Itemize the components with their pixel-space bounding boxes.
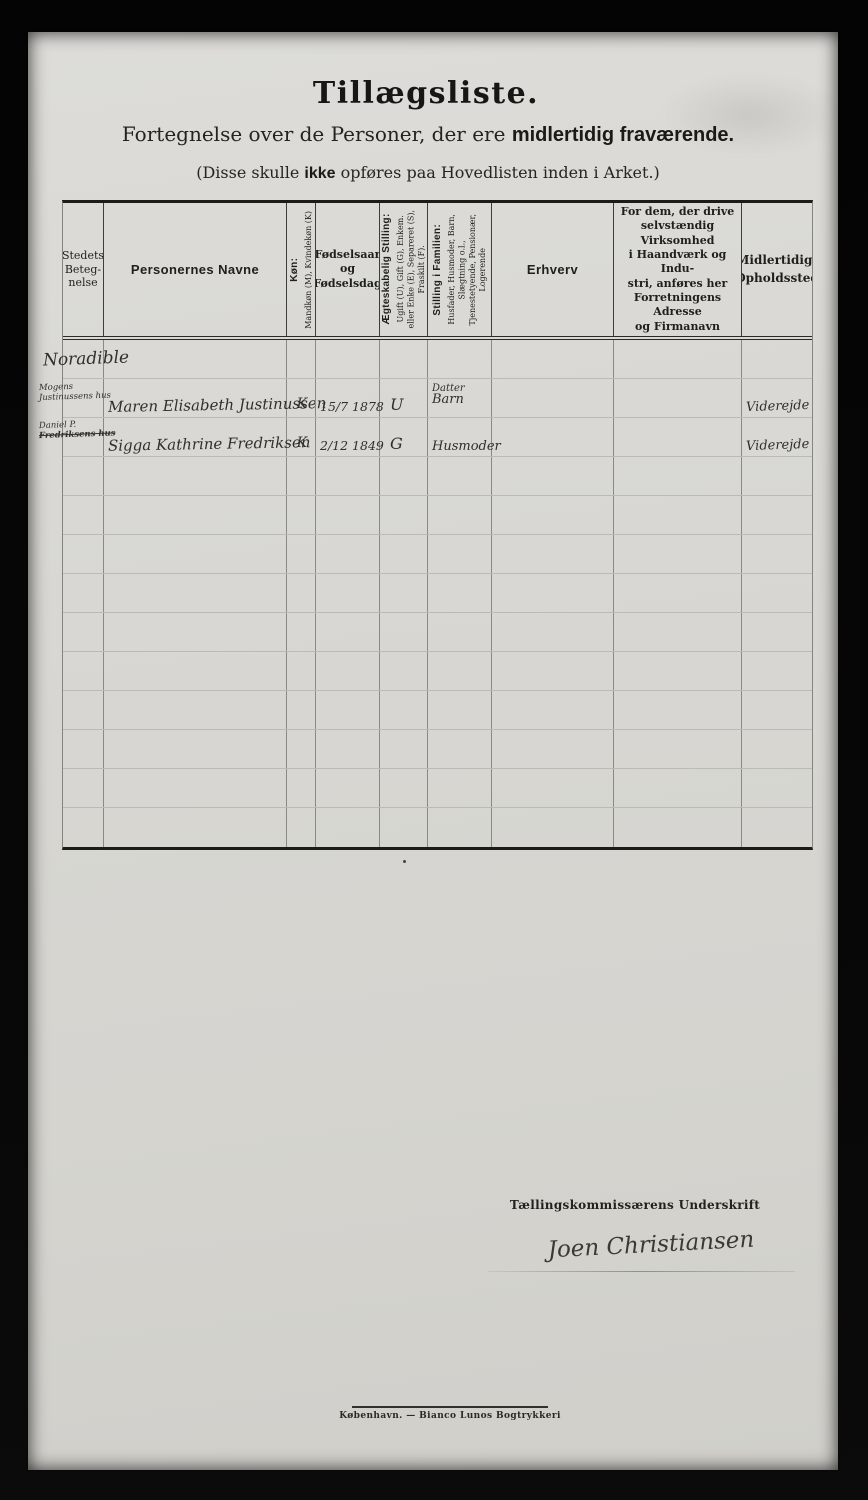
- cell-navn: [104, 808, 287, 847]
- col-header-midlertidigt-opholdssted: Midlertidigt Opholdssted: [742, 203, 812, 336]
- table-row-person-1: Mogens Justinussens hus Maren Elisabeth …: [63, 379, 812, 418]
- cell-navn: [104, 340, 287, 378]
- cell-erhverv: [492, 340, 614, 378]
- cell-kon: [287, 340, 316, 378]
- cell-kon: [287, 574, 316, 612]
- cell-stilling: [428, 457, 492, 495]
- cell-navn: [104, 496, 287, 534]
- cell-navn: [104, 652, 287, 690]
- cell-stilling: [428, 535, 492, 573]
- supplement-table: Stedets Beteg- nelse Personernes Navne K…: [62, 200, 813, 850]
- cell-virksomhed: [614, 574, 742, 612]
- cell-fodsel: [316, 808, 380, 847]
- cell-aegteskab: [380, 769, 428, 807]
- cell-erhverv: [492, 379, 614, 417]
- handwritten-position: Barn: [432, 393, 489, 406]
- cell-aegteskab: [380, 496, 428, 534]
- cell-sted: [63, 808, 104, 847]
- cell-fodsel: [316, 496, 380, 534]
- cell-stilling: Husmoder: [428, 418, 492, 456]
- cell-erhverv: [492, 535, 614, 573]
- col-header-stedets-betegnelse: Stedets Beteg- nelse: [63, 203, 104, 336]
- cell-fodsel: 15/7 1878: [316, 379, 380, 417]
- cell-aegteskab: [380, 457, 428, 495]
- cell-stilling: [428, 730, 492, 768]
- cell-kon: [287, 691, 316, 729]
- cell-navn: [104, 574, 287, 612]
- cell-navn: [104, 535, 287, 573]
- handwritten-whereabouts: Viderejde: [746, 437, 810, 454]
- cell-ophold: [742, 340, 812, 378]
- table-row-person-2: Daniel P. Fredriksens hus Sigga Kathrine…: [63, 418, 812, 457]
- cell-kon: [287, 652, 316, 690]
- cell-aegteskab: U: [380, 379, 428, 417]
- cell-sted: [63, 457, 104, 495]
- cell-navn: [104, 691, 287, 729]
- table-empty-row: [63, 496, 812, 535]
- subtitle-plain: Fortegnelse over de Personer, der ere: [122, 122, 512, 146]
- cell-fodsel: [316, 613, 380, 651]
- cell-erhverv: [492, 808, 614, 847]
- cell-ophold: [742, 496, 812, 534]
- cell-sted: Daniel P. Fredriksens hus: [63, 418, 104, 456]
- cell-virksomhed: [614, 613, 742, 651]
- cell-aegteskab: [380, 613, 428, 651]
- cell-stilling: [428, 808, 492, 847]
- table-empty-row: [63, 730, 812, 769]
- cell-fodsel: [316, 730, 380, 768]
- cell-erhverv: [492, 496, 614, 534]
- cell-ophold: [742, 457, 812, 495]
- cell-kon: [287, 613, 316, 651]
- subtitle-bold: midlertidig fraværende.: [512, 124, 734, 146]
- table-empty-row: [63, 808, 812, 847]
- cell-aegteskab: [380, 535, 428, 573]
- col-header-personernes-navne: Personernes Navne: [104, 203, 287, 336]
- cell-virksomhed: [614, 535, 742, 573]
- cell-aegteskab: G: [380, 418, 428, 456]
- cell-stilling: [428, 652, 492, 690]
- cell-erhverv: [492, 730, 614, 768]
- cell-fodsel: [316, 457, 380, 495]
- cell-ophold: [742, 535, 812, 573]
- table-empty-row: [63, 535, 812, 574]
- signature-line: [488, 1271, 795, 1272]
- cell-erhverv: [492, 418, 614, 456]
- printer-imprint: København. — Bianco Lunos Bogtrykkeri: [300, 1411, 600, 1421]
- col-header-stilling-i-familien: Stilling i Familien:Husfader, Husmoder, …: [428, 203, 492, 336]
- cell-sted: Mogens Justinussens hus: [63, 379, 104, 417]
- cell-sted: Noradible: [63, 340, 104, 378]
- cell-ophold: [742, 574, 812, 612]
- table-empty-row: [63, 769, 812, 808]
- cell-kon: [287, 457, 316, 495]
- cell-ophold: [742, 769, 812, 807]
- cell-stilling: [428, 574, 492, 612]
- table-empty-row: [63, 613, 812, 652]
- printer-rule: [352, 1406, 548, 1408]
- cell-sted: [63, 496, 104, 534]
- note-post: opføres paa Hovedlisten inden i Arket.): [336, 163, 660, 182]
- cell-navn: [104, 457, 287, 495]
- cell-stilling: [428, 691, 492, 729]
- cell-stilling: [428, 340, 492, 378]
- cell-ophold: [742, 730, 812, 768]
- table-header: Stedets Beteg- nelse Personernes Navne K…: [63, 203, 812, 340]
- handwritten-sex: K: [297, 396, 307, 412]
- handwritten-position: Husmoder: [432, 440, 501, 453]
- cell-fodsel: [316, 574, 380, 612]
- household-line2: Justinussens hus: [39, 392, 101, 404]
- cell-stilling: Datter Barn: [428, 379, 492, 417]
- cell-fodsel: [316, 340, 380, 378]
- cell-virksomhed: [614, 769, 742, 807]
- cell-fodsel: 2/12 1849: [316, 418, 380, 456]
- note-bold: ikke: [304, 165, 335, 182]
- cell-aegteskab: [380, 691, 428, 729]
- cell-kon: [287, 808, 316, 847]
- cell-erhverv: [492, 613, 614, 651]
- cell-stilling: [428, 613, 492, 651]
- cell-navn: [104, 730, 287, 768]
- scanned-page: Tillægsliste. Fortegnelse over de Person…: [0, 0, 868, 1500]
- cell-erhverv: [492, 691, 614, 729]
- col-header-virksomhed-adresse: For dem, der drive selvstændig Virksomhe…: [614, 203, 742, 336]
- cell-fodsel: [316, 535, 380, 573]
- cell-aegteskab: [380, 574, 428, 612]
- paper-sheet: Tillægsliste. Fortegnelse over de Person…: [28, 32, 838, 1470]
- handwritten-marital: G: [390, 434, 403, 453]
- cell-aegteskab: [380, 652, 428, 690]
- cell-navn: Sigga Kathrine Fredriksen: [104, 418, 287, 456]
- signature-label: Tællingskommissærens Underskrift: [485, 1198, 785, 1212]
- handwritten-sex: K: [297, 435, 307, 451]
- cell-kon: [287, 730, 316, 768]
- cell-ophold: [742, 691, 812, 729]
- cell-navn: Maren Elisabeth Justinussen: [104, 379, 287, 417]
- cell-virksomhed: [614, 691, 742, 729]
- cell-ophold: Viderejde: [742, 418, 812, 456]
- table-empty-row: [63, 457, 812, 496]
- table-empty-row: [63, 691, 812, 730]
- cell-virksomhed: [614, 730, 742, 768]
- cell-sted: [63, 535, 104, 573]
- cell-sted: [63, 574, 104, 612]
- cell-sted: [63, 613, 104, 651]
- note-pre: (Disse skulle: [196, 163, 304, 182]
- cell-erhverv: [492, 457, 614, 495]
- table-row-place: Noradible: [63, 340, 812, 379]
- page-subtitle: Fortegnelse over de Personer, der ere mi…: [28, 122, 828, 147]
- cell-virksomhed: [614, 418, 742, 456]
- table-empty-row: [63, 574, 812, 613]
- col-header-aegteskabelig-stilling: Ægteskabelig Stilling:Ugift (U), Gift (G…: [380, 203, 428, 336]
- col-header-fodselsaar: Fødselsaar og Fødselsdag: [316, 203, 380, 336]
- table-body: Noradible Mogens Justinussens hus: [63, 340, 812, 847]
- table-empty-row: [63, 652, 812, 691]
- cell-ophold: [742, 613, 812, 651]
- cell-sted: [63, 691, 104, 729]
- instruction-note: (Disse skulle ikke opføres paa Hovedlist…: [28, 163, 828, 183]
- cell-navn: [104, 769, 287, 807]
- cell-virksomhed: [614, 340, 742, 378]
- cell-kon: [287, 535, 316, 573]
- col-header-erhverv: Erhverv: [492, 203, 614, 336]
- cell-kon: K: [287, 379, 316, 417]
- handwritten-marital: U: [390, 395, 403, 414]
- cell-stilling: [428, 769, 492, 807]
- cell-erhverv: [492, 769, 614, 807]
- cell-ophold: [742, 808, 812, 847]
- handwritten-birthdate: 2/12 1849: [320, 438, 384, 453]
- cell-ophold: [742, 652, 812, 690]
- handwritten-whereabouts: Viderejde: [746, 398, 810, 415]
- cell-kon: K: [287, 418, 316, 456]
- cell-virksomhed: [614, 496, 742, 534]
- cell-kon: [287, 496, 316, 534]
- col-header-kon: Køn:Mandkøn (M), Kvindekøn (K): [287, 203, 316, 336]
- cell-navn: [104, 613, 287, 651]
- cell-aegteskab: [380, 730, 428, 768]
- cell-aegteskab: [380, 808, 428, 847]
- cell-sted: [63, 769, 104, 807]
- cell-ophold: Viderejde: [742, 379, 812, 417]
- cell-kon: [287, 769, 316, 807]
- cell-fodsel: [316, 652, 380, 690]
- cell-sted: [63, 730, 104, 768]
- ink-dot: [403, 860, 406, 863]
- cell-aegteskab: [380, 340, 428, 378]
- cell-virksomhed: [614, 808, 742, 847]
- cell-sted: [63, 652, 104, 690]
- cell-fodsel: [316, 691, 380, 729]
- cell-fodsel: [316, 769, 380, 807]
- handwritten-birthdate: 15/7 1878: [320, 399, 384, 414]
- commissioner-signature: Joen Christiansen: [506, 1224, 797, 1265]
- cell-stilling: [428, 496, 492, 534]
- cell-virksomhed: [614, 652, 742, 690]
- cell-erhverv: [492, 574, 614, 612]
- page-title: Tillægsliste.: [28, 76, 824, 111]
- handwritten-name: Sigga Kathrine Fredriksen: [108, 433, 311, 455]
- cell-virksomhed: [614, 379, 742, 417]
- cell-virksomhed: [614, 457, 742, 495]
- cell-erhverv: [492, 652, 614, 690]
- household-line2-struck: Fredriksens hus: [39, 430, 101, 442]
